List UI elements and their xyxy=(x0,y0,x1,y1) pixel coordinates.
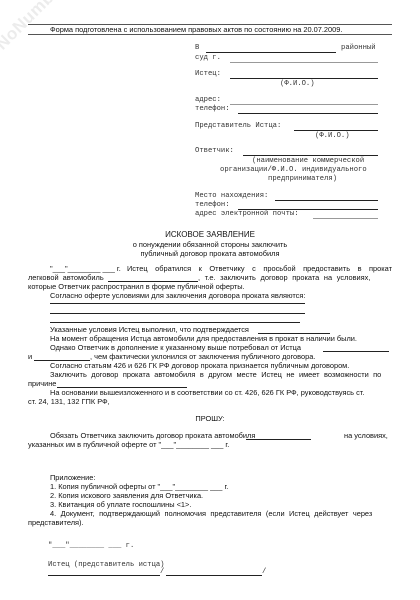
phone-field[interactable] xyxy=(238,113,378,114)
address-field[interactable] xyxy=(230,104,378,105)
request-car-field[interactable] xyxy=(246,439,311,440)
signature-field[interactable] xyxy=(48,575,160,576)
signature-name-field[interactable] xyxy=(166,575,262,576)
attachment-item-4: 4. Документ, подтверждающий полномочия п… xyxy=(50,509,372,519)
representative-fio-hint: (Ф.И.О.) xyxy=(315,132,350,142)
email-label: адрес электронной почты: xyxy=(195,210,299,220)
signature-label: Истец (представитель истца) xyxy=(48,561,164,571)
condition-line-1[interactable] xyxy=(50,303,305,304)
paragraph-2: Согласно оферте условиями для заключения… xyxy=(50,291,305,301)
extra-demand-field[interactable] xyxy=(323,351,389,352)
location-field[interactable] xyxy=(275,200,378,201)
phone-label: телефон: xyxy=(195,105,230,115)
request-line-1-end: на условиях, xyxy=(344,431,388,441)
court-name-field[interactable] xyxy=(206,52,336,53)
condition-line-3[interactable] xyxy=(50,322,300,323)
request-line-2: указанных им в публичной оферте от "___"… xyxy=(28,440,229,450)
email-field[interactable] xyxy=(313,218,378,219)
paragraph-8-cont: ст. 24, 131, 132 ГПК РФ, xyxy=(28,397,110,407)
representative-label: Представитель Истца: xyxy=(195,122,281,132)
plaintiff-fio-hint: (Ф.И.О.) xyxy=(280,80,315,90)
court-suffix: районный xyxy=(341,44,376,54)
court-city-label: суд г. xyxy=(195,54,221,64)
attachment-item-4-cont: представителя). xyxy=(28,518,84,528)
court-prefix: В xyxy=(195,44,199,54)
paragraph-7: Заключить договор проката автомобиля в д… xyxy=(50,370,381,380)
document-page: NoNumber.ru Форма подготовлена с использ… xyxy=(0,0,420,600)
signature-slash-1: / xyxy=(160,568,164,578)
plaintiff-name-field[interactable] xyxy=(230,78,378,79)
representative-field[interactable] xyxy=(294,130,378,131)
court-city-field[interactable] xyxy=(230,62,378,63)
signature-date[interactable]: "___"________ ___ г. xyxy=(48,542,134,552)
defendant-hint-3: предпринимателя) xyxy=(268,175,337,185)
defendant-label: Ответчик: xyxy=(195,147,234,157)
document-title: ИСКОВОЕ ЗАЯВЛЕНИЕ xyxy=(0,230,420,240)
header-rule-bottom xyxy=(28,34,392,35)
condition-line-2[interactable] xyxy=(50,313,305,314)
document-subtitle-2: публичный договор проката автомобиля xyxy=(0,249,420,259)
paragraph-5-cont-start: и xyxy=(28,352,32,362)
defendant-field[interactable] xyxy=(243,155,378,156)
request-heading: ПРОШУ: xyxy=(0,414,420,424)
plaintiff-label: Истец: xyxy=(195,70,221,80)
signature-slash-2: / xyxy=(262,568,266,578)
